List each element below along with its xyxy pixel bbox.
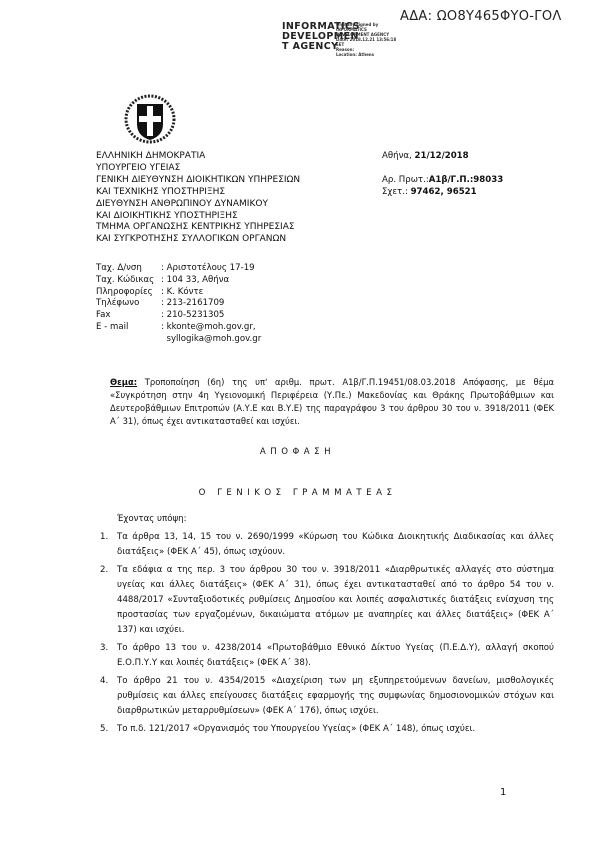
header-line: ΚΑΙ ΣΥΓΚΡΟΤΗΣΗΣ ΣΥΛΛΟΓΙΚΩΝ ΟΡΓΑΝΩΝ xyxy=(96,234,300,246)
contact-row: syllogika@moh.gov.gr xyxy=(96,334,261,346)
header-line: ΕΛΛΗΝΙΚΗ ΔΗΜΟΚΡΑΤΙΑ xyxy=(96,151,300,163)
header-line: ΥΠΟΥΡΓΕΙΟ ΥΓΕΙΑΣ xyxy=(96,163,300,175)
ada-code: ΑΔΑ: ΩΟ8Υ465ΦΥΟ-ΓΟΛ xyxy=(400,9,562,24)
list-item: 4.Το άρθρο 21 του ν. 4354/2015 «Διαχείρι… xyxy=(100,674,554,719)
protocol-number: Αρ. Πρωτ.:Α1β/Γ.Π.:98033 xyxy=(382,175,503,187)
header-line: ΤΜΗΜΑ ΟΡΓΑΝΩΣΗΣ ΚΕΝΤΡΙΚΗΣ ΥΠΗΡΕΣΙΑΣ xyxy=(96,222,300,234)
header-line: ΓΕΝΙΚΗ ΔΙΕΥΘΥΝΣΗ ΔΙΟΙΚΗΤΙΚΩΝ ΥΠΗΡΕΣΙΩΝ xyxy=(96,175,300,187)
legal-basis-list: 1.Τα άρθρα 13, 14, 15 του ν. 2690/1999 «… xyxy=(100,530,554,740)
stamp-detail: Date: 2018.12.21 13:56:18 xyxy=(336,37,396,42)
subject-label: Θεμα: xyxy=(110,377,137,387)
coat-of-arms-icon xyxy=(118,94,182,144)
contact-row: E - mail: kkonte@moh.gov.gr, xyxy=(96,322,261,334)
list-item: 1.Τα άρθρα 13, 14, 15 του ν. 2690/1999 «… xyxy=(100,530,554,560)
decision-title: ΑΠΟΦΑΣΗ xyxy=(0,447,595,457)
subject-paragraph: Θεμα: Τροποποίηση (6η) της υπ' αριθμ. πρ… xyxy=(110,376,554,428)
contact-info: Ταχ. Δ/νση: Αριστοτέλους 17-19 Ταχ. Κώδι… xyxy=(96,263,261,346)
list-item: 5.Το π.δ. 121/2017 «Οργανισμός του Υπουρ… xyxy=(100,722,554,737)
header-line: ΚΑΙ ΤΕΧΝΙΚΗΣ ΥΠΟΣΤΗΡΙΞΗΣ xyxy=(96,187,300,199)
contact-row: Ταχ. Δ/νση: Αριστοτέλους 17-19 xyxy=(96,263,261,275)
contact-row: Fax: 210-5231305 xyxy=(96,310,261,322)
subject-text: Τροποποίηση (6η) της υπ' αριθμ. πρωτ. Α1… xyxy=(110,377,554,426)
secretary-title: Ο ΓΕΝΙΚΟΣ ΓΡΑΜΜΑΤΕΑΣ xyxy=(0,488,595,498)
document-reference: Αθήνα, 21/12/2018 Αρ. Πρωτ.:Α1β/Γ.Π.:980… xyxy=(382,151,503,199)
contact-row: Ταχ. Κώδικας: 104 33, Αθήνα xyxy=(96,275,261,287)
stamp-detail: Location: Athens xyxy=(336,52,396,57)
list-item: 2.Τα εδάφια α της περ. 3 του άρθρου 30 τ… xyxy=(100,563,554,638)
page-number: 1 xyxy=(500,787,506,798)
contact-row: Τηλέφωνο: 213-2161709 xyxy=(96,298,261,310)
related-numbers: Σχετ.: 97462, 96521 xyxy=(382,187,503,199)
header-line: ΔΙΕΥΘΥΝΣΗ ΑΝΘΡΩΠΙΝΟΥ ΔΥΝΑΜΙΚΟΥ xyxy=(96,199,300,211)
document-date: Αθήνα, 21/12/2018 xyxy=(382,151,503,163)
header-line: ΚΑΙ ΔΙΟΙΚΗΤΙΚΗΣ ΥΠΟΣΤΗΡΙΞΗΣ xyxy=(96,211,300,223)
contact-row: Πληροφορίες: Κ. Κόντε xyxy=(96,287,261,299)
issuer-header: ΕΛΛΗΝΙΚΗ ΔΗΜΟΚΡΑΤΙΑ ΥΠΟΥΡΓΕΙΟ ΥΓΕΙΑΣ ΓΕΝ… xyxy=(96,151,300,246)
signature-details: Digitally signed by INFORMATICS DEVELOPM… xyxy=(336,22,396,57)
list-item: 3.Το άρθρο 13 του ν. 4238/2014 «Πρωτοβάθ… xyxy=(100,641,554,671)
having-regard-label: Έχοντας υπόψη: xyxy=(117,514,186,524)
